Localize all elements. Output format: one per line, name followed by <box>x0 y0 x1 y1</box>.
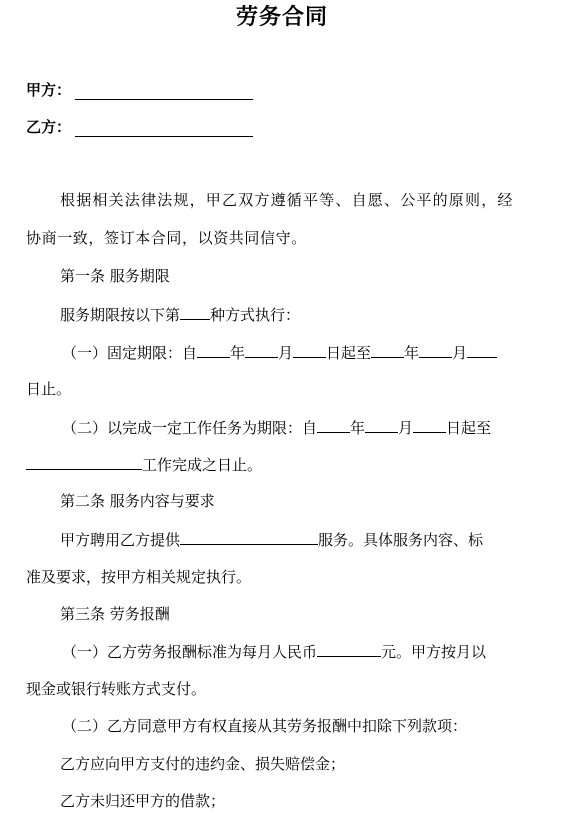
term-method-blank[interactable] <box>180 304 210 320</box>
document-title: 劳务合同 <box>0 2 564 32</box>
monthly-amount-blank[interactable] <box>317 641 381 657</box>
deduction-item-1: 乙方应向甲方支付的违约金、损失赔偿金； <box>60 754 345 774</box>
fixed-term-end-year-blank[interactable] <box>371 342 404 358</box>
fixed-term-end-month-blank[interactable] <box>419 342 452 358</box>
year-label: 年 <box>350 419 365 437</box>
day-until-label: 日起至 <box>446 419 491 437</box>
party-a-field: 甲方： <box>26 80 253 100</box>
fixed-term-start-year-blank[interactable] <box>197 342 230 358</box>
month-label: 月 <box>278 344 293 362</box>
party-b-label: 乙方： <box>26 117 71 137</box>
task-term-start-month-blank[interactable] <box>365 417 398 433</box>
service-content-line-end: 准及要求，按甲方相关规定执行。 <box>26 567 251 587</box>
preamble-line-2: 协商一致，签订本合同，以资共同信守。 <box>26 228 307 248</box>
fixed-term-text: （一）固定期限：自 <box>62 344 197 362</box>
term-method-text: 服务期限按以下第 <box>60 306 180 324</box>
party-b-field: 乙方： <box>26 117 253 137</box>
article-1-heading: 第一条 服务期限 <box>60 266 170 286</box>
task-term-start-day-blank[interactable] <box>413 417 446 433</box>
term-method-line: 服务期限按以下第种方式执行： <box>60 304 300 325</box>
term-method-text-end: 种方式执行： <box>210 306 300 324</box>
article-3-heading: 第三条 劳务报酬 <box>60 604 170 624</box>
task-term-line-end: 工作完成之日止。 <box>26 454 262 475</box>
remuneration-line-end: 现金或银行转账方式支付。 <box>26 679 206 699</box>
deduction-line: （二）乙方同意甲方有权直接从其劳务报酬中扣除下列款项： <box>62 716 467 736</box>
party-a-blank[interactable] <box>75 83 253 100</box>
fixed-term-start-month-blank[interactable] <box>245 342 278 358</box>
fixed-term-start-day-blank[interactable] <box>293 342 326 358</box>
service-type-blank[interactable] <box>180 529 318 545</box>
fixed-term-end-day-blank[interactable] <box>467 342 497 358</box>
day-until-label: 日起至 <box>326 344 371 362</box>
fixed-term-line-end: 日止。 <box>26 379 71 399</box>
year-label: 年 <box>230 344 245 362</box>
remuneration-text: （一）乙方劳务报酬标准为每月人民币 <box>62 643 317 661</box>
preamble-line-1: 根据相关法律法规，甲乙双方遵循平等、自愿、公平的原则，经 <box>60 190 514 210</box>
task-term-text: （二）以完成一定工作任务为期限：自 <box>62 419 317 437</box>
service-content-line: 甲方聘用乙方提供服务。具体服务内容、标 <box>60 529 483 550</box>
year-label: 年 <box>404 344 419 362</box>
article-2-heading: 第二条 服务内容与要求 <box>60 491 215 511</box>
service-content-text-end: 服务。具体服务内容、标 <box>318 531 483 549</box>
service-content-text: 甲方聘用乙方提供 <box>60 531 180 549</box>
task-term-start-year-blank[interactable] <box>317 417 350 433</box>
task-completion-blank[interactable] <box>26 454 142 470</box>
party-b-blank[interactable] <box>75 120 253 137</box>
remuneration-line: （一）乙方劳务报酬标准为每月人民币元。甲方按月以 <box>62 641 486 662</box>
deduction-item-2: 乙方未归还甲方的借款； <box>60 791 225 811</box>
month-label: 月 <box>398 419 413 437</box>
fixed-term-line: （一）固定期限：自年月日起至年月 <box>62 342 497 363</box>
month-label: 月 <box>452 344 467 362</box>
task-term-end-text: 工作完成之日止。 <box>142 456 262 474</box>
remuneration-text-end: 元。甲方按月以 <box>381 643 486 661</box>
task-term-line: （二）以完成一定工作任务为期限：自年月日起至 <box>62 417 491 438</box>
party-a-label: 甲方： <box>26 80 71 100</box>
